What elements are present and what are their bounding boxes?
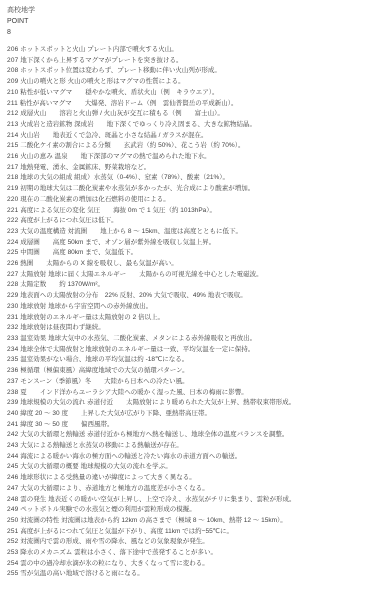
entry-number: 247 bbox=[7, 485, 18, 492]
list-item: 225 中間圏 高度 80km まで、気温低下。 bbox=[7, 248, 359, 259]
entry-number: 245 bbox=[7, 463, 18, 470]
entry-text: 高度が上がるにつれて気圧と気温が下がり、高度 11km では約−55℃に。 bbox=[20, 528, 233, 535]
entry-number: 240 bbox=[7, 410, 18, 417]
list-item: 242 大気の大循環と熱輸送 赤道付近から極地方へ熱を輸送し、地球全体の温度バラ… bbox=[7, 430, 359, 441]
entry-number: 219 bbox=[7, 185, 18, 192]
list-item: 253 降水のメカニズム 雲粒は小さく、落下途中で蒸発することが多い。 bbox=[7, 548, 359, 559]
entry-text: 粘性が低いマグマ 穏やかな噴火、盾状火山（例 キラウエア）。 bbox=[20, 89, 218, 96]
doc-title: 高校地学 bbox=[7, 5, 359, 16]
entry-text: 夏 インド洋からユーラシア大陸への暖かく湿った風、日本の梅雨に影響。 bbox=[20, 389, 248, 396]
list-item: 241 緯度 30 〜 50 度 偏西風帯。 bbox=[7, 420, 359, 431]
entry-number: 218 bbox=[7, 174, 18, 181]
list-item: 207 地下深くから上昇するマグマがプレートを突き抜ける。 bbox=[7, 56, 359, 67]
entry-text: 太陽定数 約 1370W/m²。 bbox=[20, 281, 104, 288]
entry-text: 対流圏内で雲の形成、雨や雪の降水、風などの気象現象が発生。 bbox=[20, 538, 209, 545]
entry-text: ペットボトル実験での水蒸気と煙の利用が雲粒形成の模擬。 bbox=[20, 506, 196, 513]
list-item: 232 地球放射は昼夜問わず継続。 bbox=[7, 323, 359, 334]
entry-number: 211 bbox=[7, 100, 18, 107]
list-item: 247 大気の大循環により、赤道地方と極地方の温度差が小さくなる。 bbox=[7, 484, 359, 495]
entry-text: 大気の大循環の概要 地球規模の大気の流れを学ぶ。 bbox=[20, 463, 171, 470]
list-item: 231 地球放射のエネルギー量は太陽放射の 2 倍以上。 bbox=[7, 313, 359, 324]
entry-text: 太陽放射 地球に届く太陽エネルギー 太陽からの可視光線を中心とした電磁波。 bbox=[20, 271, 262, 278]
entry-text: 中間圏 高度 80km まで、気温低下。 bbox=[20, 249, 137, 256]
entry-text: 地球放射 地球から宇宙空間への赤外線放出。 bbox=[20, 303, 152, 310]
entry-text: ホットスポット位置は変わらず、プレート移動に伴い火山列が形成。 bbox=[20, 67, 221, 74]
entry-text: 雲の中の過冷却水滴が氷の粒になり、大きくなって雪に変わる。 bbox=[20, 560, 209, 567]
entry-number: 223 bbox=[7, 228, 18, 235]
entry-text: 地球形状による受熱量の違いが緯度によって大きく異なる。 bbox=[20, 474, 196, 481]
entry-number: 255 bbox=[7, 570, 18, 577]
entry-number: 237 bbox=[7, 378, 18, 385]
list-item: 224 成層圏 高度 50km まで、オゾン層が紫外線を吸収し気温上昇。 bbox=[7, 238, 359, 249]
entry-text: 地球規模の大気の流れ 赤道付近 太陽放射により暖められた大気が上昇、熱帯収束帯形… bbox=[20, 399, 295, 406]
entry-number: 216 bbox=[7, 153, 18, 160]
entry-number: 243 bbox=[7, 442, 18, 449]
entry-text: 初期の地球大気は二酸化炭素や水蒸気が多かったが、光合成により酸素が増加。 bbox=[20, 185, 254, 192]
entry-text: 地球の大気の組成 組成）水蒸気（0-4%）、窒素（78%）、酸素（21%）。 bbox=[20, 174, 229, 181]
entry-text: 高度による気圧の変化 気圧 海抜 0m で 1 気圧（約 1013hPa）。 bbox=[20, 207, 216, 214]
entry-text: 海流による暖かい海水の極方面への輸送と冷たい海水の赤道方面への輸送。 bbox=[20, 453, 241, 460]
entry-number: 227 bbox=[7, 271, 18, 278]
list-item: 254 雲の中の過冷却水滴が氷の粒になり、大きくなって雪に変わる。 bbox=[7, 559, 359, 570]
entry-text: 成層圏 高度 50km まで、オゾン層が紫外線を吸収し気温上昇。 bbox=[20, 239, 215, 246]
entry-text: 火山の恵み 温泉 地下深部のマグマの熱で温められた地下水。 bbox=[20, 153, 210, 160]
entry-number: 234 bbox=[7, 346, 18, 353]
entry-number: 206 bbox=[7, 46, 18, 53]
list-item: 222 高度が上がるにつれ気圧は低下。 bbox=[7, 216, 359, 227]
entry-number: 207 bbox=[7, 57, 18, 64]
entry-text: 温室効果がない場合、地球の平均気温は約 -18℃になる。 bbox=[20, 356, 188, 363]
entry-text: 温室効果 地球大気中の水蒸気、二酸化炭素、メタンによる赤外線吸収と再放出。 bbox=[20, 335, 256, 342]
list-item: 206 ホットスポットと火山 プレート内部で噴火する火山。 bbox=[7, 45, 359, 56]
entry-number: 222 bbox=[7, 217, 18, 224]
entry-number: 251 bbox=[7, 528, 18, 535]
list-item: 220 現在の二酸化炭素の増加は化石燃料の使用による。 bbox=[7, 195, 359, 206]
entry-number: 238 bbox=[7, 389, 18, 396]
entry-number: 217 bbox=[7, 164, 18, 171]
entry-text: ホットスポットと火山 プレート内部で噴火する火山。 bbox=[20, 46, 177, 53]
entry-text: 粘性が高いマグマ 大爆発、溶岩ドーム（例 雲仙普賢岳の平成新山）。 bbox=[20, 100, 238, 107]
list-item: 211 粘性が高いマグマ 大爆発、溶岩ドーム（例 雲仙普賢岳の平成新山）。 bbox=[7, 99, 359, 110]
list-item: 216 火山の恵み 温泉 地下深部のマグマの熱で温められた地下水。 bbox=[7, 152, 359, 163]
entry-number: 231 bbox=[7, 314, 18, 321]
entry-number: 225 bbox=[7, 249, 18, 256]
entry-number: 215 bbox=[7, 142, 18, 149]
entry-number: 212 bbox=[7, 110, 18, 117]
entry-text: 雲の発生 地表近くの暖かい空気が上昇し、上空で冷え、水蒸気がチリに集まり、雲粒が… bbox=[20, 496, 295, 503]
entry-text: 地熱発電、湧水、金属鉱床、野菜栽培など。 bbox=[20, 164, 150, 171]
list-item: 221 高度による気圧の変化 気圧 海抜 0m で 1 気圧（約 1013hPa… bbox=[7, 206, 359, 217]
entry-number: 232 bbox=[7, 324, 18, 331]
doc-page-number: 8 bbox=[7, 27, 359, 38]
list-item: 226 熱圏 太陽からの X 線を吸収し、最も気温が高い。 bbox=[7, 259, 359, 270]
entry-text: 極循環（極偏東風）高緯度地域での大気の循環パターン。 bbox=[20, 367, 188, 374]
entry-number: 208 bbox=[7, 67, 18, 74]
entry-text: 大気の大循環と熱輸送 赤道付近から極地方へ熱を輸送し、地球全体の温度バランスを調… bbox=[20, 431, 288, 438]
list-item: 223 大気の温度構造 対流圏 地上から 8 〜 15km、温度は高度とともに低… bbox=[7, 227, 359, 238]
entry-text: 二酸化ケイ素の割合による分類 玄武岩（約 50%）、花こう岩（約 70%）。 bbox=[20, 142, 244, 149]
entry-text: 火山の噴火と形 火山の噴火と形はマグマの性質による。 bbox=[20, 78, 184, 85]
entry-text: 地下深くから上昇するマグマがプレートを突き抜ける。 bbox=[20, 57, 182, 64]
entry-text: 大気の温度構造 対流圏 地上から 8 〜 15km、温度は高度とともに低下。 bbox=[20, 228, 242, 235]
list-item: 252 対流圏内で雲の形成、雨や雪の降水、風などの気象現象が発生。 bbox=[7, 537, 359, 548]
entry-text: 火成岩と造岩鉱物 深成岩 地下深くでゆっくり冷え固まる、大きな鉱物結晶。 bbox=[20, 121, 256, 128]
entry-text: 大気の大循環により、赤道地方と極地方の温度差が小さくなる。 bbox=[20, 485, 209, 492]
entry-number: 214 bbox=[7, 132, 18, 139]
doc-subtitle: POINT bbox=[7, 16, 359, 27]
notes-list: 206 ホットスポットと火山 プレート内部で噴火する火山。 207 地下深くから… bbox=[7, 45, 359, 580]
entry-number: 235 bbox=[7, 356, 18, 363]
list-item: 210 粘性が低いマグマ 穏やかな噴火、盾状火山（例 キラウエア）。 bbox=[7, 88, 359, 99]
entry-text: 雪が気温の高い地域で溶けると雨になる。 bbox=[20, 570, 144, 577]
entry-number: 213 bbox=[7, 121, 18, 128]
list-item: 238 夏 インド洋からユーラシア大陸への暖かく湿った風、日本の梅雨に影響。 bbox=[7, 388, 359, 399]
document-page: 高校地学 POINT 8 206 ホットスポットと火山 プレート内部で噴火する火… bbox=[0, 0, 365, 600]
list-item: 234 地球全体で太陽放射と地球放射のエネルギー量は一致、平均気温を一定に保持。 bbox=[7, 345, 359, 356]
entry-text: 緯度 20 〜 30 度 上昇した大気が広がり下降、亜熱帯高圧帯。 bbox=[20, 410, 211, 417]
entry-text: 火山岩 地表近くで急冷、斑晶と小さな結晶 / ガラスが混在。 bbox=[20, 132, 207, 139]
list-item: 236 極循環（極偏東風）高緯度地域での大気の循環パターン。 bbox=[7, 366, 359, 377]
entry-number: 252 bbox=[7, 538, 18, 545]
list-item: 250 対流圏の特性 対流圏は地表から約 12km の高さまで（極域 8 〜 1… bbox=[7, 516, 359, 527]
list-item: 230 地球放射 地球から宇宙空間への赤外線放出。 bbox=[7, 302, 359, 313]
entry-number: 246 bbox=[7, 474, 18, 481]
list-item: 251 高度が上がるにつれて気圧と気温が下がり、高度 11km では約−55℃に… bbox=[7, 527, 359, 538]
list-item: 249 ペットボトル実験での水蒸気と煙の利用が雲粒形成の模擬。 bbox=[7, 505, 359, 516]
entry-text: 高度が上がるにつれ気圧は低下。 bbox=[20, 217, 117, 224]
entry-text: 成層火山 溶岩と火山弾 / 火山灰が交互に積もる（例 富士山）。 bbox=[20, 110, 224, 117]
entry-text: モンスーン（季節風）冬 大陸から日本への冷たい風。 bbox=[20, 378, 188, 385]
list-item: 212 成層火山 溶岩と火山弾 / 火山灰が交互に積もる（例 富士山）。 bbox=[7, 109, 359, 120]
list-item: 255 雪が気温の高い地域で溶けると雨になる。 bbox=[7, 569, 359, 580]
list-item: 208 ホットスポット位置は変わらず、プレート移動に伴い火山列が形成。 bbox=[7, 66, 359, 77]
entry-number: 250 bbox=[7, 517, 18, 524]
entry-text: 緯度 30 〜 50 度 偏西風帯。 bbox=[20, 421, 113, 428]
entry-number: 239 bbox=[7, 399, 18, 406]
entry-text: 熱圏 太陽からの X 線を吸収し、最も気温が高い。 bbox=[20, 260, 177, 267]
list-item: 240 緯度 20 〜 30 度 上昇した大気が広がり下降、亜熱帯高圧帯。 bbox=[7, 409, 359, 420]
entry-number: 236 bbox=[7, 367, 18, 374]
list-item: 227 太陽放射 地球に届く太陽エネルギー 太陽からの可視光線を中心とした電磁波… bbox=[7, 270, 359, 281]
entry-number: 241 bbox=[7, 421, 18, 428]
list-item: 215 二酸化ケイ素の割合による分類 玄武岩（約 50%）、花こう岩（約 70%… bbox=[7, 141, 359, 152]
entry-number: 233 bbox=[7, 335, 18, 342]
entry-text: 地表面への太陽放射の分布 22% 反射、20% 大気で吸収、49% 地表で吸収。 bbox=[20, 292, 246, 299]
entry-number: 242 bbox=[7, 431, 18, 438]
list-item: 217 地熱発電、湧水、金属鉱床、野菜栽培など。 bbox=[7, 163, 359, 174]
list-item: 233 温室効果 地球大気中の水蒸気、二酸化炭素、メタンによる赤外線吸収と再放出… bbox=[7, 334, 359, 345]
entry-number: 209 bbox=[7, 78, 18, 85]
entry-text: 大気による熱輸送と水蒸気の移動による熱輸送が存在。 bbox=[20, 442, 183, 449]
entry-text: 地球全体で太陽放射と地球放射のエネルギー量は一致、平均気温を一定に保持。 bbox=[20, 346, 254, 353]
entry-number: 248 bbox=[7, 496, 18, 503]
entry-number: 221 bbox=[7, 207, 18, 214]
list-item: 245 大気の大循環の概要 地球規模の大気の流れを学ぶ。 bbox=[7, 462, 359, 473]
list-item: 248 雲の発生 地表近くの暖かい空気が上昇し、上空で冷え、水蒸気がチリに集まり… bbox=[7, 495, 359, 506]
list-item: 239 地球規模の大気の流れ 赤道付近 太陽放射により暖められた大気が上昇、熱帯… bbox=[7, 398, 359, 409]
list-item: 219 初期の地球大気は二酸化炭素や水蒸気が多かったが、光合成により酸素が増加。 bbox=[7, 184, 359, 195]
entry-number: 224 bbox=[7, 239, 18, 246]
entry-number: 249 bbox=[7, 506, 18, 513]
list-item: 218 地球の大気の組成 組成）水蒸気（0-4%）、窒素（78%）、酸素（21%… bbox=[7, 173, 359, 184]
document-header: 高校地学 POINT 8 bbox=[7, 5, 359, 38]
list-item: 243 大気による熱輸送と水蒸気の移動による熱輸送が存在。 bbox=[7, 441, 359, 452]
entry-number: 229 bbox=[7, 292, 18, 299]
list-item: 244 海流による暖かい海水の極方面への輸送と冷たい海水の赤道方面への輸送。 bbox=[7, 452, 359, 463]
list-item: 214 火山岩 地表近くで急冷、斑晶と小さな結晶 / ガラスが混在。 bbox=[7, 131, 359, 142]
entry-number: 254 bbox=[7, 560, 18, 567]
entry-number: 230 bbox=[7, 303, 18, 310]
list-item: 209 火山の噴火と形 火山の噴火と形はマグマの性質による。 bbox=[7, 77, 359, 88]
list-item: 235 温室効果がない場合、地球の平均気温は約 -18℃になる。 bbox=[7, 355, 359, 366]
entry-text: 現在の二酸化炭素の増加は化石燃料の使用による。 bbox=[20, 196, 170, 203]
entry-text: 地球放射は昼夜問わず継続。 bbox=[20, 324, 105, 331]
entry-text: 地球放射のエネルギー量は太陽放射の 2 倍以上。 bbox=[20, 314, 164, 321]
list-item: 246 地球形状による受熱量の違いが緯度によって大きく異なる。 bbox=[7, 473, 359, 484]
list-item: 229 地表面への太陽放射の分布 22% 反射、20% 大気で吸収、49% 地表… bbox=[7, 291, 359, 302]
entry-text: 降水のメカニズム 雲粒は小さく、落下途中で蒸発することが多い。 bbox=[20, 549, 217, 556]
list-item: 237 モンスーン（季節風）冬 大陸から日本への冷たい風。 bbox=[7, 377, 359, 388]
list-item: 213 火成岩と造岩鉱物 深成岩 地下深くでゆっくり冷え固まる、大きな鉱物結晶。 bbox=[7, 120, 359, 131]
entry-number: 244 bbox=[7, 453, 18, 460]
entry-number: 228 bbox=[7, 281, 18, 288]
list-item: 228 太陽定数 約 1370W/m²。 bbox=[7, 280, 359, 291]
entry-number: 253 bbox=[7, 549, 18, 556]
entry-number: 220 bbox=[7, 196, 18, 203]
entry-number: 226 bbox=[7, 260, 18, 267]
entry-text: 対流圏の特性 対流圏は地表から約 12km の高さまで（極域 8 〜 10km、… bbox=[20, 517, 287, 524]
entry-number: 210 bbox=[7, 89, 18, 96]
